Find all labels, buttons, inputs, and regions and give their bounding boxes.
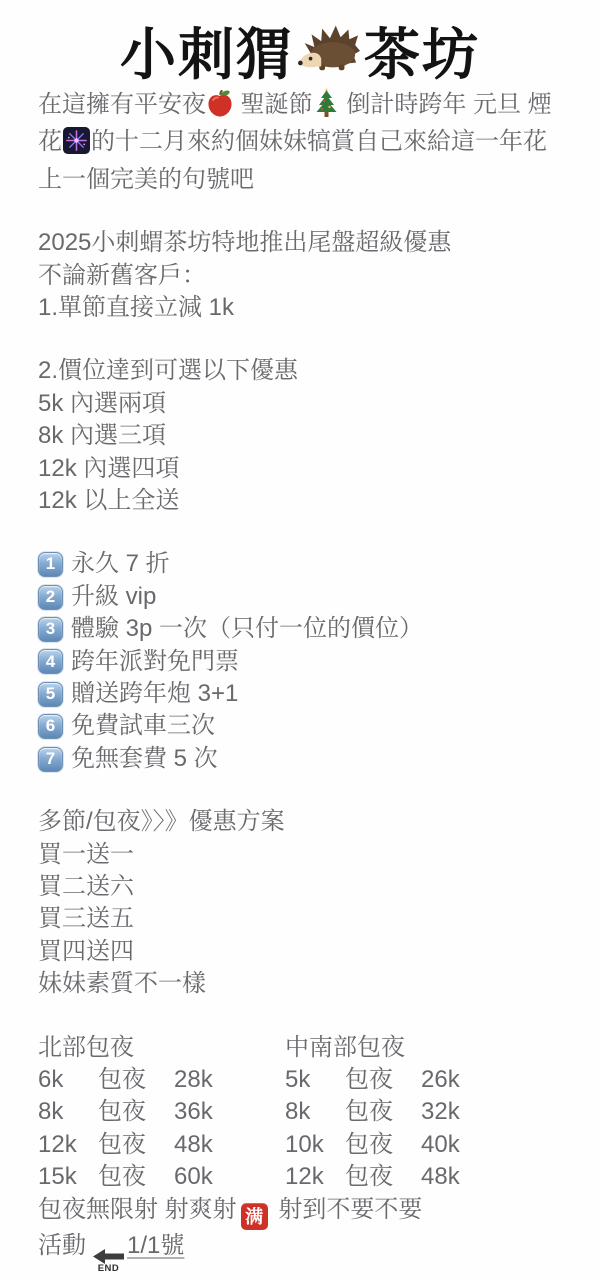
price-label: 包夜 [345,1161,421,1193]
pricing-header-north: 北部包夜 [38,1032,285,1064]
flyer-page: 小刺猬 茶坊 在這擁有平安夜 聖誕節 [0,0,598,1280]
price-row: 8k 包夜 36k [38,1096,285,1128]
footer-text-before: 包夜無限射 射爽射 [38,1196,237,1223]
offer-item: 4 跨年派對免門票 [38,646,562,678]
multi-deal-section: 多節/包夜》〉》優惠方案 買一送一 買二送六 買三送五 買四送四 妹妹素質不一樣 [38,806,562,1000]
price-label: 包夜 [345,1129,421,1161]
price-value: 36k [174,1096,213,1128]
price-base: 8k [38,1096,98,1128]
keycap-7-icon: 7 [38,747,63,772]
pricing-column-central-south: 中南部包夜 5k 包夜 26k 8k 包夜 32k 10k 包夜 40k 12k… [285,1032,562,1194]
offer-text: 跨年派對免門票 [71,646,239,678]
end-arrow-icon: END [93,1249,124,1274]
intro-paragraph: 在這擁有平安夜 聖誕節 倒計時跨年 元旦 煙花 [38,88,562,196]
price-value: 60k [174,1161,213,1193]
intro-seg2: 聖誕節 [234,91,313,118]
tier-section: 2.價位達到可選以下優惠 5k 內選兩項 8k 內選三項 12k 內選四項 12… [38,355,562,517]
pricing-column-north: 北部包夜 6k 包夜 28k 8k 包夜 36k 12k 包夜 48k 15k … [38,1032,285,1194]
offer-text: 免費試車三次 [71,710,215,742]
price-label: 包夜 [98,1096,174,1128]
deal-item: 買一送一 [38,839,562,871]
price-row: 10k 包夜 40k [285,1129,562,1161]
price-value: 28k [174,1064,213,1096]
price-row: 12k 包夜 48k [38,1129,285,1161]
offer-text: 升級 vip [71,581,156,613]
price-label: 包夜 [98,1064,174,1096]
price-row: 6k 包夜 28k [38,1064,285,1096]
price-label: 包夜 [98,1129,174,1161]
intro-seg4: 的十二月來約個妹妹犒賞自己來給這一年花上一個完美的句號吧 [38,128,547,192]
footer-event-line: 活動END1/1號 [38,1230,562,1274]
tier-item: 12k 內選四項 [38,453,562,485]
offer-item: 7 免無套費 5 次 [38,743,562,775]
tier-item: 8k 內選三項 [38,420,562,452]
offer-item: 3 體驗 3p 一次（只付一位的價位） [38,613,562,645]
price-label: 包夜 [98,1161,174,1193]
price-value: 26k [421,1064,460,1096]
promo-heading: 2025小刺蝟茶坊特地推出尾盤超級優惠 [38,227,562,259]
price-row: 15k 包夜 60k [38,1161,285,1193]
price-label: 包夜 [345,1064,421,1096]
keycap-2-icon: 2 [38,585,63,610]
offer-item: 6 免費試車三次 [38,710,562,742]
price-base: 10k [285,1129,345,1161]
offer-text: 永久 7 折 [71,548,170,580]
keycap-3-icon: 3 [38,617,63,642]
price-base: 15k [38,1161,98,1193]
price-value: 32k [421,1096,460,1128]
offer-item: 1 永久 7 折 [38,548,562,580]
tier-heading: 2.價位達到可選以下優惠 [38,355,562,387]
price-label: 包夜 [345,1096,421,1128]
deal-item: 買四送四 [38,936,562,968]
hedgehog-icon [296,21,360,87]
price-base: 12k [285,1161,345,1193]
intro-seg1: 在這擁有平安夜 [38,91,206,118]
tier-item: 12k 以上全送 [38,485,562,517]
price-base: 5k [285,1064,345,1096]
price-value: 48k [421,1161,460,1193]
promo-2025-section: 2025小刺蝟茶坊特地推出尾盤超級優惠 不論新舊客戶： 1.單節直接立減 1k [38,227,562,324]
promo-discount: 1.單節直接立減 1k [38,292,562,324]
deal-item: 買二送六 [38,871,562,903]
price-row: 12k 包夜 48k [285,1161,562,1193]
footer-text-after: 射到不要不要 [272,1196,423,1223]
offer-text: 免無套費 5 次 [71,743,218,775]
christmas-tree-icon [314,88,339,126]
end-arrow-label: END [98,1264,120,1274]
price-value: 48k [174,1129,213,1161]
event-label: 活動 [38,1232,86,1259]
price-base: 8k [285,1096,345,1128]
page-title: 小刺猬 茶坊 [38,0,562,88]
title-text-right: 茶坊 [364,11,480,91]
offers-list: 1 永久 7 折 2 升級 vip 3 體驗 3p 一次（只付一位的價位） 4 … [38,548,562,775]
price-row: 8k 包夜 32k [285,1096,562,1128]
price-value: 40k [421,1129,460,1161]
deal-note: 妹妹素質不一樣 [38,968,562,1000]
offer-item: 2 升級 vip [38,581,562,613]
keycap-4-icon: 4 [38,649,63,674]
title-text-left: 小刺猬 [120,11,294,91]
red-apple-icon [207,90,233,126]
deal-item: 買三送五 [38,903,562,935]
full-mark-icon: 满 [241,1203,268,1230]
offer-item: 5 贈送跨年炮 3+1 [38,678,562,710]
keycap-1-icon: 1 [38,552,63,577]
keycap-5-icon: 5 [38,682,63,707]
pricing-header-central-south: 中南部包夜 [285,1032,562,1064]
price-row: 5k 包夜 26k [285,1064,562,1096]
offer-text: 體驗 3p 一次（只付一位的價位） [71,613,423,645]
fireworks-icon [63,127,90,163]
event-date-link[interactable]: 1/1號 [127,1232,184,1259]
offer-text: 贈送跨年炮 3+1 [71,678,238,710]
promo-audience: 不論新舊客戶： [38,260,562,292]
keycap-6-icon: 6 [38,714,63,739]
multi-deal-heading: 多節/包夜》〉》優惠方案 [38,806,562,838]
footer-section: 包夜無限射 射爽射满 射到不要不要 活動END1/1號 [38,1194,562,1275]
price-base: 12k [38,1129,98,1161]
footer-unlimited-line: 包夜無限射 射爽射满 射到不要不要 [38,1194,562,1231]
price-base: 6k [38,1064,98,1096]
overnight-pricing: 北部包夜 6k 包夜 28k 8k 包夜 36k 12k 包夜 48k 15k … [38,1032,562,1194]
tier-item: 5k 內選兩項 [38,388,562,420]
